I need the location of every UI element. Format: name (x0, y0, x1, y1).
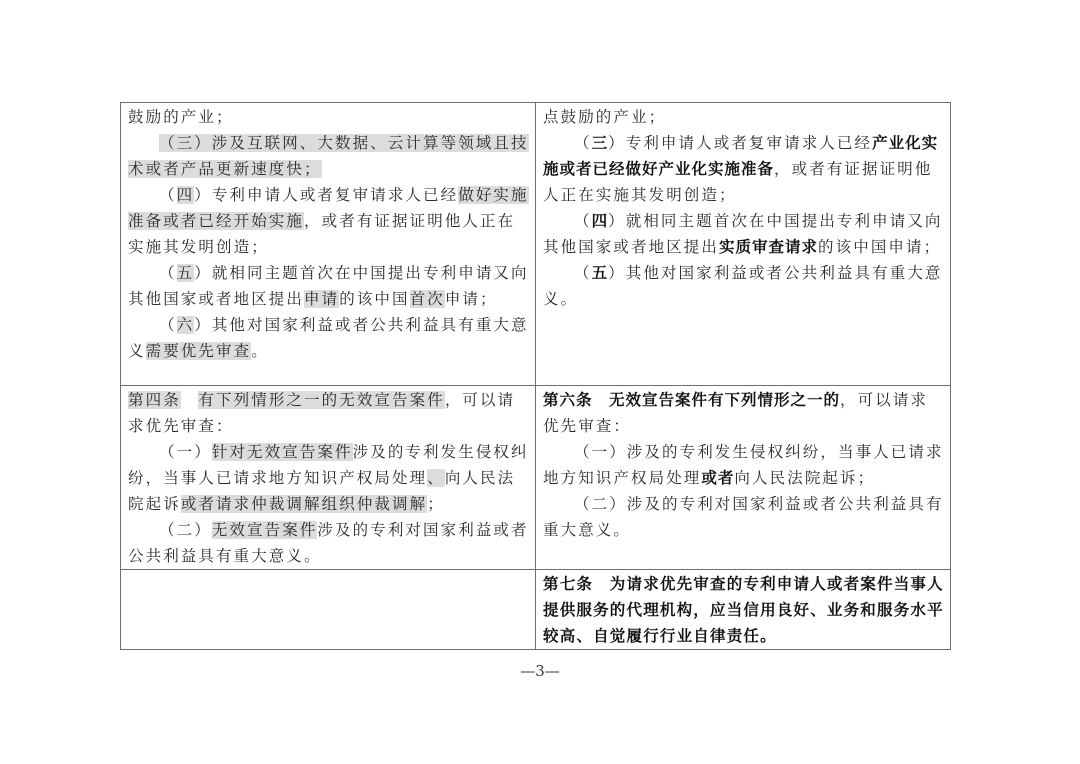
page-number: —3— (0, 662, 1080, 680)
text: 鼓励的产业； (128, 108, 234, 126)
bold-text: 或者 (701, 469, 734, 487)
paragraph: （六）其他对国家利益或者公共利益具有重大意义需要优先审查。 (128, 312, 529, 364)
article-number: 第四条 (128, 391, 181, 409)
table-cell-right: 点鼓励的产业； （三）专利申请人或者复审请求人已经产业化实施或者已经做好产业化实… (536, 103, 951, 386)
highlighted-text: 申请 (304, 290, 339, 308)
paragraph: （五）就相同主题首次在中国提出专利申请又向其他国家或者地区提出申请的该中国首次申… (128, 260, 529, 312)
paragraph: （五）其他对国家利益或者公共利益具有重大意义。 (543, 260, 944, 312)
bold-text: 四 (592, 212, 609, 230)
bold-text: 五 (592, 264, 609, 282)
text: （ (574, 134, 592, 152)
text: 的该中国 (339, 290, 409, 308)
text: （ (574, 264, 592, 282)
text: （二） (159, 521, 212, 539)
table-cell-left: 第四条 有下列情形之一的无效宣告案件，可以请求优先审查： （一）针对无效宣告案件… (121, 386, 536, 570)
paragraph: （四）专利申请人或者复审请求人已经做好实施准备或者已经开始实施，或者有证据证明他… (128, 182, 529, 260)
paragraph: （三）专利申请人或者复审请求人已经产业化实施或者已经做好产业化实施准备，或者有证… (543, 130, 944, 208)
text: 申请； (445, 290, 498, 308)
highlighted-text: 五 (177, 264, 195, 282)
paragraph: （一）针对无效宣告案件涉及的专利发生侵权纠纷，当事人已请求地方知识产权局处理、向… (128, 439, 529, 517)
text: （ (159, 186, 177, 204)
table-row: 鼓励的产业； （三）涉及互联网、大数据、云计算等领域且技术或者产品更新速度快； … (121, 103, 951, 386)
text: 点鼓励的产业； (543, 108, 666, 126)
text: ； (427, 495, 445, 513)
text: 第七条 为请求优先审查的专利申请人或者案件当事人提供服务的代理机构，应当信用良好… (543, 575, 944, 645)
paragraph: （四）就相同主题首次在中国提出专利申请又向其他国家或者地区提出实质审查请求的该中… (543, 208, 944, 260)
bold-text: 三 (592, 134, 609, 152)
text: 的该中国申请； (818, 238, 941, 256)
highlighted-text: 、 (427, 469, 445, 487)
table-cell-right: 第七条 为请求优先审查的专利申请人或者案件当事人提供服务的代理机构，应当信用良好… (536, 570, 951, 650)
text: ）专利申请人或者复审请求人已经 (608, 134, 872, 152)
text: （二）涉及的专利对国家利益或者公共利益具有重大意义。 (543, 495, 944, 539)
text: （ (574, 212, 592, 230)
paragraph: （二）无效宣告案件涉及的专利对国家利益或者公共利益具有重大意义。 (128, 517, 529, 569)
highlighted-text: 无效宣告案件 (212, 521, 318, 539)
paragraph: （三）涉及互联网、大数据、云计算等领域且技术或者产品更新速度快； (128, 130, 529, 182)
paragraph: 鼓励的产业； (128, 104, 529, 130)
paragraph: 第六条 无效宣告案件有下列情形之一的，可以请求优先审查： (543, 387, 944, 439)
text: 。 (251, 342, 269, 360)
text (181, 391, 199, 409)
highlighted-text: 六 (177, 316, 195, 334)
table-cell-left: 鼓励的产业； （三）涉及互联网、大数据、云计算等领域且技术或者产品更新速度快； … (121, 103, 536, 386)
highlighted-text: 针对无效宣告案件 (212, 443, 353, 461)
highlighted-text: 四 (177, 186, 195, 204)
paragraph: （二）涉及的专利对国家利益或者公共利益具有重大意义。 (543, 491, 944, 543)
paragraph: （一）涉及的专利发生侵权纠纷，当事人已请求地方知识产权局处理或者向人民法院起诉； (543, 439, 944, 491)
table-row: 第四条 有下列情形之一的无效宣告案件，可以请求优先审查： （一）针对无效宣告案件… (121, 386, 951, 570)
text: 向人民法院起诉； (734, 469, 875, 487)
text: （ (159, 316, 177, 334)
article-seven-paragraph: 第七条 为请求优先审查的专利申请人或者案件当事人提供服务的代理机构，应当信用良好… (543, 571, 944, 649)
bold-text: 实质审查请求 (719, 238, 818, 256)
text: （一） (159, 443, 212, 461)
comparison-table: 鼓励的产业； （三）涉及互联网、大数据、云计算等领域且技术或者产品更新速度快； … (120, 102, 951, 650)
highlighted-text: 或者请求仲裁调解组织仲裁调解 (181, 495, 427, 513)
table-cell-right: 第六条 无效宣告案件有下列情形之一的，可以请求优先审查： （一）涉及的专利发生侵… (536, 386, 951, 570)
table-cell-left-empty (121, 570, 536, 650)
table-row: 第七条 为请求优先审查的专利申请人或者案件当事人提供服务的代理机构，应当信用良好… (121, 570, 951, 650)
article-heading: 第六条 无效宣告案件有下列情形之一的 (543, 391, 840, 409)
highlighted-text: （三）涉及互联网、大数据、云计算等领域且技术或者产品更新速度快； (128, 134, 529, 178)
highlighted-text: 需要优先审查 (146, 342, 252, 360)
paragraph: 第四条 有下列情形之一的无效宣告案件，可以请求优先审查： (128, 387, 529, 439)
highlighted-text: 首次 (410, 290, 445, 308)
text: ）专利申请人或者复审请求人已经 (194, 186, 458, 204)
highlighted-text: 有下列情形之一的无效宣告案件 (198, 391, 444, 409)
paragraph: 点鼓励的产业； (543, 104, 944, 130)
text: （ (159, 264, 177, 282)
